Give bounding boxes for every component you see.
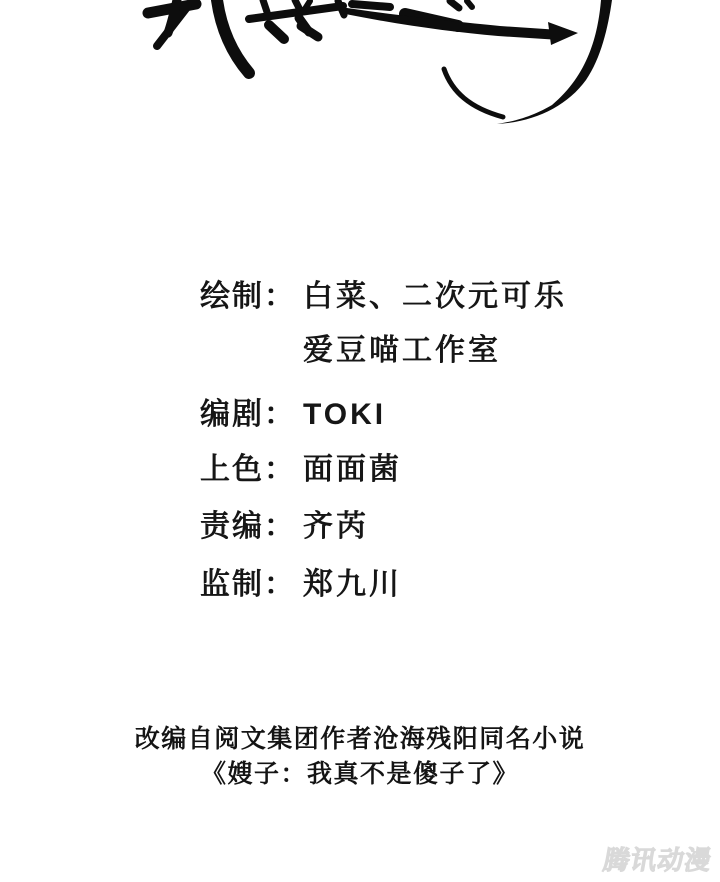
- comic-credits-page: 绘制：白菜、二次元可乐 爱豆喵工作室 编剧：TOKI 上色：面面菌 责编：齐芮 …: [0, 0, 720, 882]
- credit-label: 上色：: [200, 444, 303, 488]
- adaptation-note: 改编自阅文集团作者沧海残阳同名小说 《嫂子：我真不是傻子了》: [0, 722, 720, 792]
- credit-label: 责编：: [200, 501, 303, 545]
- credit-label: 编剧：: [200, 389, 303, 433]
- credit-value: 齐芮: [303, 510, 369, 543]
- credit-row-colorist: 上色：面面菌: [200, 444, 402, 488]
- credit-label: 绘制：: [200, 271, 303, 315]
- credit-row-writer: 编剧：TOKI: [200, 389, 386, 433]
- credit-value: 面面菌: [303, 453, 402, 486]
- credit-row-supervisor: 监制：郑九川: [200, 559, 402, 603]
- credit-row-editor: 责编：齐芮: [200, 501, 369, 545]
- credit-value: 白菜、二次元可乐: [303, 280, 567, 313]
- credit-row-artist-studio: 爱豆喵工作室: [200, 325, 501, 369]
- tencent-comics-watermark: 腾讯动漫: [601, 840, 716, 877]
- adaptation-source-line: 改编自阅文集团作者沧海残阳同名小说: [0, 722, 720, 757]
- credit-value: TOKI: [303, 398, 386, 431]
- credit-label: 监制：: [200, 559, 303, 603]
- credit-row-artist: 绘制：白菜、二次元可乐: [200, 271, 567, 315]
- credit-value: 郑九川: [303, 568, 402, 601]
- credit-value: 爱豆喵工作室: [303, 334, 501, 367]
- novel-title-line: 《嫂子：我真不是傻子了》: [0, 757, 720, 792]
- title-calligraphy-art: [0, 0, 720, 150]
